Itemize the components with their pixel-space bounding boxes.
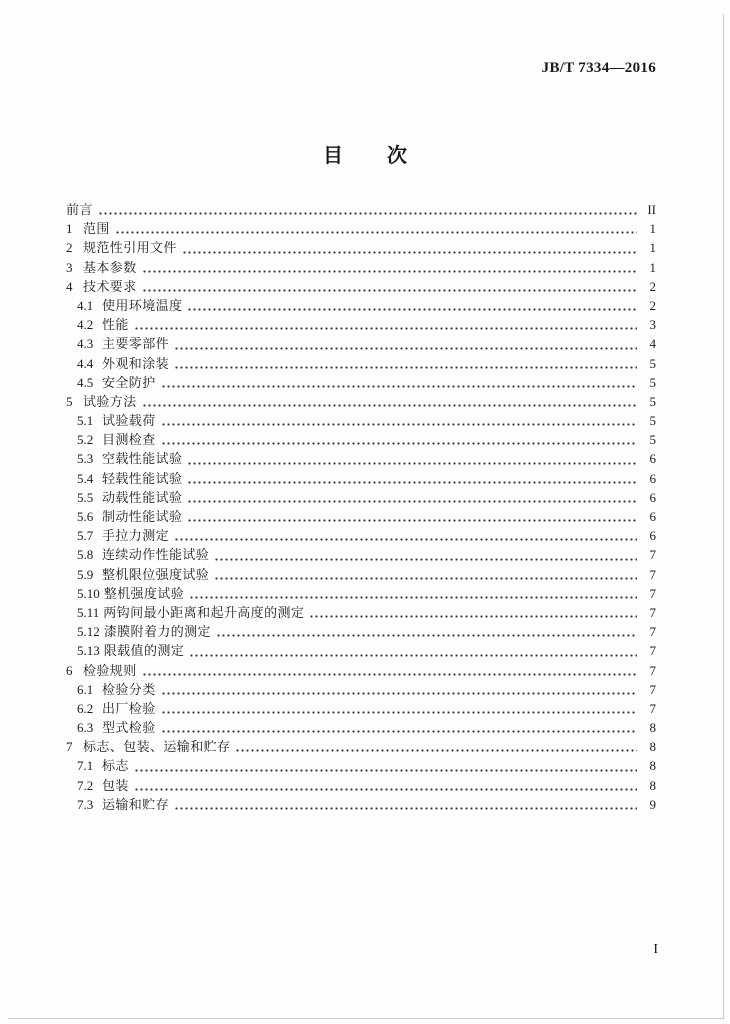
toc-entry-page: 5 bbox=[640, 411, 656, 430]
toc-entry-number: 4.1 bbox=[77, 296, 98, 315]
toc-entry: 前言II bbox=[66, 200, 656, 219]
dot-leader-icon bbox=[235, 737, 637, 756]
toc-entry-number: 7.3 bbox=[77, 795, 98, 814]
toc-entry: 5.4轻载性能试验6 bbox=[66, 469, 656, 488]
dot-leader-icon bbox=[161, 430, 637, 449]
toc-entry-number: 5.10 bbox=[77, 584, 100, 603]
toc-entry-page: 7 bbox=[640, 622, 656, 641]
toc-entry-label: 目测检查 bbox=[102, 430, 156, 449]
toc-entry-label: 限载值的测定 bbox=[104, 641, 184, 660]
toc-entry-label: 外观和涂装 bbox=[102, 354, 169, 373]
toc-entry-label: 主要零部件 bbox=[102, 334, 169, 353]
toc-entry: 4.5安全防护5 bbox=[66, 373, 656, 392]
toc-entry-number: 5.9 bbox=[77, 565, 98, 584]
toc-entry: 5试验方法5 bbox=[66, 392, 656, 411]
toc-entry-label: 运输和贮存 bbox=[102, 795, 169, 814]
toc-entry: 7.1标志8 bbox=[66, 756, 656, 775]
scan-edge-bottom bbox=[8, 1018, 724, 1019]
toc-entry-page: 4 bbox=[640, 334, 656, 353]
dot-leader-icon bbox=[309, 603, 637, 622]
toc-entry-page: 7 bbox=[640, 565, 656, 584]
toc-entry-number: 4.2 bbox=[77, 315, 98, 334]
toc-entry-label: 检验分类 bbox=[102, 680, 156, 699]
dot-leader-icon bbox=[174, 526, 637, 545]
toc-entry: 5.13限载值的测定7 bbox=[66, 641, 656, 660]
toc-entry: 5.5动载性能试验6 bbox=[66, 488, 656, 507]
dot-leader-icon bbox=[189, 641, 637, 660]
toc-entry: 5.11两钩间最小距离和起升高度的测定7 bbox=[66, 603, 656, 622]
toc-entry-number: 5.3 bbox=[77, 449, 98, 468]
toc-entry: 7标志、包装、运输和贮存8 bbox=[66, 737, 656, 756]
toc-entry-label: 漆膜附着力的测定 bbox=[104, 622, 211, 641]
toc-entry: 4.2性能3 bbox=[66, 315, 656, 334]
dot-leader-icon bbox=[174, 334, 637, 353]
dot-leader-icon bbox=[134, 315, 637, 334]
dot-leader-icon bbox=[98, 200, 637, 219]
document-page: JB/T 7334—2016 目 次 前言II1范围12规范性引用文件13基本参… bbox=[0, 0, 730, 1024]
toc-entry-number: 7 bbox=[66, 737, 78, 756]
toc-entry-number: 5.6 bbox=[77, 507, 98, 526]
toc-entry: 5.12漆膜附着力的测定7 bbox=[66, 622, 656, 641]
toc-entry: 4.1使用环境温度2 bbox=[66, 296, 656, 315]
toc-entry: 5.3空载性能试验6 bbox=[66, 449, 656, 468]
toc-entry-page: 7 bbox=[640, 545, 656, 564]
toc-entry: 6.3型式检验8 bbox=[66, 718, 656, 737]
dot-leader-icon bbox=[142, 392, 637, 411]
toc-entry-page: 7 bbox=[640, 699, 656, 718]
toc-entry-page: 6 bbox=[640, 488, 656, 507]
toc-entry-label: 包装 bbox=[102, 776, 129, 795]
dot-leader-icon bbox=[187, 507, 637, 526]
dot-leader-icon bbox=[142, 661, 637, 680]
toc-entry-number: 5.2 bbox=[77, 430, 98, 449]
toc-entry-label: 空载性能试验 bbox=[102, 449, 182, 468]
dot-leader-icon bbox=[187, 449, 637, 468]
toc-entry-label: 试验载荷 bbox=[102, 411, 156, 430]
toc-entry-page: 6 bbox=[640, 507, 656, 526]
toc-entry: 5.9整机限位强度试验7 bbox=[66, 565, 656, 584]
toc-entry-label: 标志 bbox=[102, 756, 129, 775]
toc-entry-label: 试验方法 bbox=[83, 392, 137, 411]
dot-leader-icon bbox=[214, 545, 637, 564]
toc-entry-number: 5.13 bbox=[77, 641, 100, 660]
toc-entry-number: 5.11 bbox=[77, 603, 99, 622]
dot-leader-icon bbox=[142, 258, 637, 277]
toc-entry-page: 8 bbox=[640, 756, 656, 775]
toc-entry-page: 7 bbox=[640, 680, 656, 699]
toc-entry: 6.2出厂检验7 bbox=[66, 699, 656, 718]
toc-entry-page: 8 bbox=[640, 737, 656, 756]
toc-entry: 5.2目测检查5 bbox=[66, 430, 656, 449]
toc-entry-label: 范围 bbox=[83, 219, 110, 238]
toc-entry-number: 4.3 bbox=[77, 334, 98, 353]
toc-entry-label: 标志、包装、运输和贮存 bbox=[83, 737, 230, 756]
toc-entry-number: 5.1 bbox=[77, 411, 98, 430]
toc-entry-number: 4.4 bbox=[77, 354, 98, 373]
toc-entry: 5.1试验载荷5 bbox=[66, 411, 656, 430]
toc-entry: 6.1检验分类7 bbox=[66, 680, 656, 699]
toc-entry-number: 5.7 bbox=[77, 526, 98, 545]
page-title: 目 次 bbox=[0, 139, 730, 168]
toc-entry-page: 6 bbox=[640, 449, 656, 468]
toc-entry-page: 5 bbox=[640, 430, 656, 449]
toc-entry-number: 5 bbox=[66, 392, 78, 411]
dot-leader-icon bbox=[216, 622, 637, 641]
toc-entry: 4技术要求2 bbox=[66, 277, 656, 296]
toc-entry-label: 技术要求 bbox=[83, 277, 137, 296]
dot-leader-icon bbox=[214, 565, 637, 584]
dot-leader-icon bbox=[161, 373, 637, 392]
toc-entry-label: 轻载性能试验 bbox=[102, 469, 182, 488]
toc-entry-label: 整机强度试验 bbox=[104, 584, 184, 603]
dot-leader-icon bbox=[174, 795, 637, 814]
toc-entry-number: 4 bbox=[66, 277, 78, 296]
toc-entry: 4.4外观和涂装5 bbox=[66, 354, 656, 373]
dot-leader-icon bbox=[189, 584, 637, 603]
toc-entry-number: 5.12 bbox=[77, 622, 100, 641]
toc-entry-page: 1 bbox=[640, 219, 656, 238]
toc-entry: 1范围1 bbox=[66, 219, 656, 238]
toc-entry-page: 6 bbox=[640, 526, 656, 545]
scan-edge-right bbox=[723, 14, 724, 1019]
toc-entry-number: 5.5 bbox=[77, 488, 98, 507]
toc-entry-page: 8 bbox=[640, 718, 656, 737]
page-title-text: 目 次 bbox=[323, 145, 419, 167]
toc-entry-page: 2 bbox=[640, 296, 656, 315]
dot-leader-icon bbox=[161, 718, 637, 737]
toc-entry-label: 两钩间最小距离和起升高度的测定 bbox=[103, 603, 304, 622]
toc-entry-page: 7 bbox=[640, 584, 656, 603]
toc-entry-label: 制动性能试验 bbox=[102, 507, 182, 526]
toc-entry-number: 3 bbox=[66, 258, 78, 277]
toc-entry-label: 安全防护 bbox=[102, 373, 156, 392]
toc-list: 前言II1范围12规范性引用文件13基本参数14技术要求24.1使用环境温度24… bbox=[66, 200, 656, 814]
toc-entry-page: 7 bbox=[640, 641, 656, 660]
toc-entry-label: 动载性能试验 bbox=[102, 488, 182, 507]
dot-leader-icon bbox=[187, 469, 637, 488]
toc-entry-number: 6.1 bbox=[77, 680, 98, 699]
toc-entry: 5.6制动性能试验6 bbox=[66, 507, 656, 526]
toc-entry-number: 6 bbox=[66, 661, 78, 680]
toc-entry-label: 手拉力测定 bbox=[102, 526, 169, 545]
toc-entry: 5.7手拉力测定6 bbox=[66, 526, 656, 545]
dot-leader-icon bbox=[187, 488, 637, 507]
dot-leader-icon bbox=[161, 680, 637, 699]
toc-entry-page: 8 bbox=[640, 776, 656, 795]
toc-entry-number: 5.4 bbox=[77, 469, 98, 488]
toc-entry-page: 1 bbox=[640, 258, 656, 277]
toc-entry: 3基本参数1 bbox=[66, 258, 656, 277]
toc-entry: 4.3主要零部件4 bbox=[66, 334, 656, 353]
toc-entry: 5.10整机强度试验7 bbox=[66, 584, 656, 603]
toc-entry: 7.2包装8 bbox=[66, 776, 656, 795]
dot-leader-icon bbox=[115, 219, 637, 238]
toc-entry-label: 性能 bbox=[102, 315, 129, 334]
toc-entry-label: 规范性引用文件 bbox=[83, 238, 177, 257]
toc-entry-label: 基本参数 bbox=[83, 258, 137, 277]
toc-entry-number: 6.3 bbox=[77, 718, 98, 737]
toc-entry: 5.8连续动作性能试验7 bbox=[66, 545, 656, 564]
toc-entry-page: 3 bbox=[640, 315, 656, 334]
dot-leader-icon bbox=[142, 277, 637, 296]
dot-leader-icon bbox=[161, 699, 637, 718]
toc-entry: 6检验规则7 bbox=[66, 661, 656, 680]
toc-entry-page: 6 bbox=[640, 469, 656, 488]
toc-entry-label: 连续动作性能试验 bbox=[102, 545, 209, 564]
footer-page-number: I bbox=[653, 942, 658, 958]
dot-leader-icon bbox=[182, 238, 637, 257]
toc-entry-number: 2 bbox=[66, 238, 78, 257]
toc-entry-page: 7 bbox=[640, 661, 656, 680]
toc-entry-number: 5.8 bbox=[77, 545, 98, 564]
toc-entry-number: 6.2 bbox=[77, 699, 98, 718]
dot-leader-icon bbox=[134, 776, 637, 795]
toc-entry: 2规范性引用文件1 bbox=[66, 238, 656, 257]
toc-entry-label: 出厂检验 bbox=[102, 699, 156, 718]
toc-entry-page: 2 bbox=[640, 277, 656, 296]
toc-entry-page: 5 bbox=[640, 373, 656, 392]
toc-entry-label: 整机限位强度试验 bbox=[102, 565, 209, 584]
toc-entry-label: 型式检验 bbox=[102, 718, 156, 737]
toc-entry-page: 5 bbox=[640, 392, 656, 411]
toc-entry-label: 使用环境温度 bbox=[102, 296, 182, 315]
toc-entry-page: 5 bbox=[640, 354, 656, 373]
toc-entry-number: 4.5 bbox=[77, 373, 98, 392]
standard-code: JB/T 7334—2016 bbox=[542, 60, 656, 77]
toc-entry-number: 7.1 bbox=[77, 756, 98, 775]
dot-leader-icon bbox=[187, 296, 637, 315]
dot-leader-icon bbox=[134, 756, 637, 775]
toc-entry-label: 检验规则 bbox=[83, 661, 137, 680]
dot-leader-icon bbox=[174, 354, 637, 373]
toc-entry-page: II bbox=[640, 200, 656, 219]
dot-leader-icon bbox=[161, 411, 637, 430]
toc-entry-page: 9 bbox=[640, 795, 656, 814]
toc-entry-label: 前言 bbox=[66, 200, 93, 219]
toc-entry-page: 7 bbox=[640, 603, 656, 622]
toc-entry-number: 7.2 bbox=[77, 776, 98, 795]
toc-entry: 7.3运输和贮存9 bbox=[66, 795, 656, 814]
toc-entry-number: 1 bbox=[66, 219, 78, 238]
toc-entry-page: 1 bbox=[640, 238, 656, 257]
